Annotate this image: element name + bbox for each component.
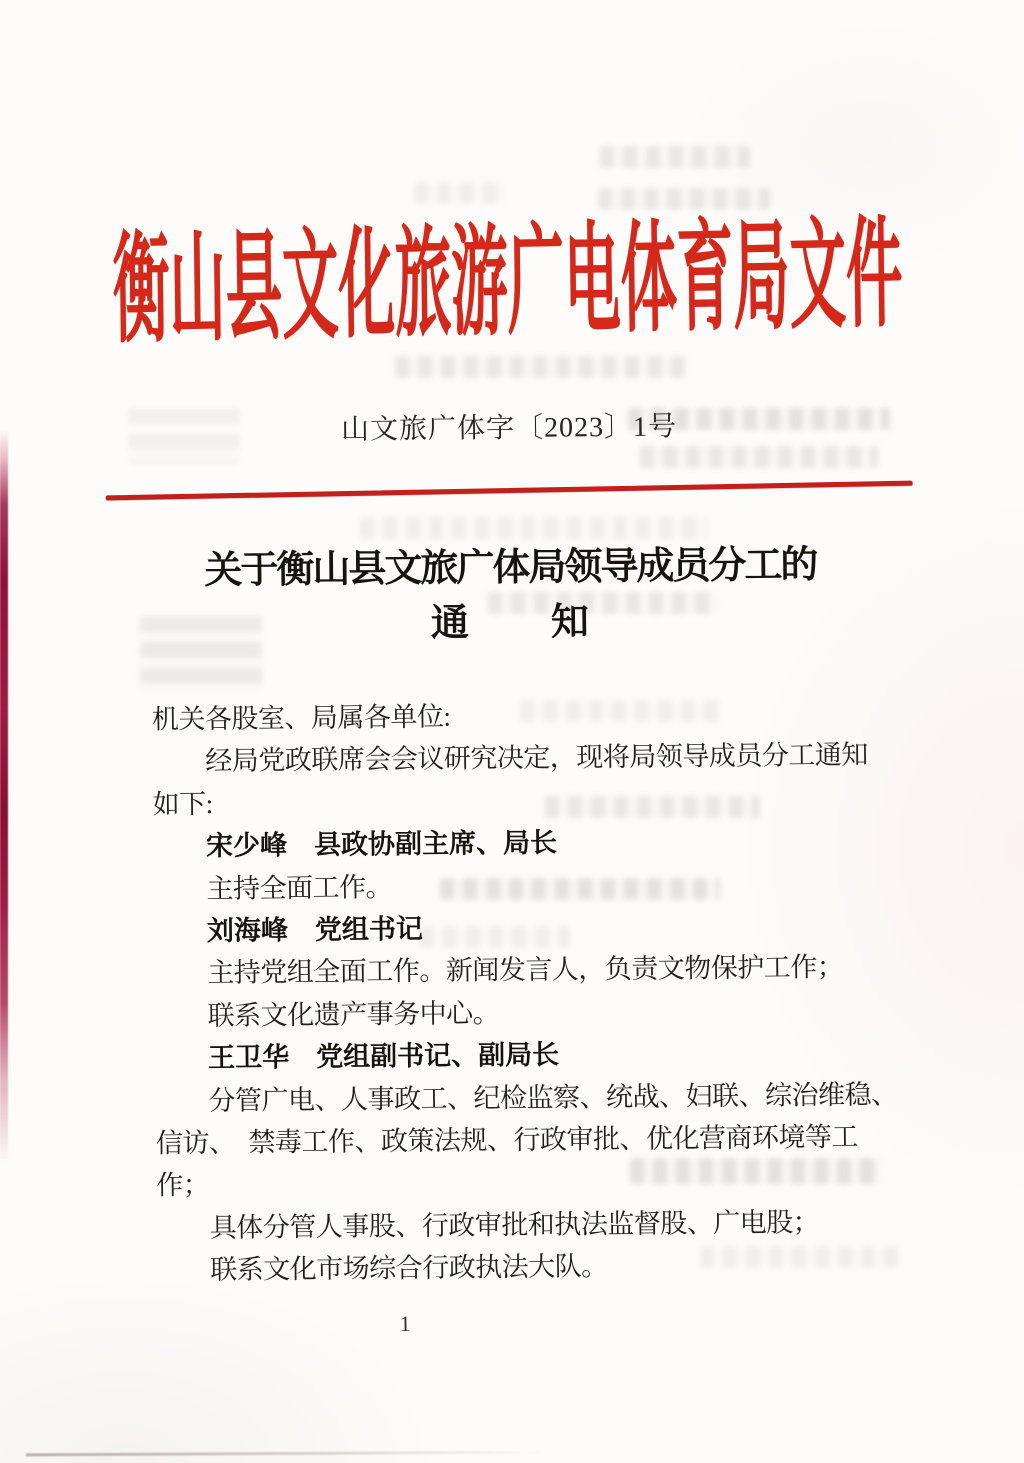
body-line-leader-wang-weihua: 王卫华 党组副书记、副局长 <box>155 1031 895 1081</box>
scan-edge-strip <box>0 430 8 1165</box>
body-line: 联系文化市场综合行政执法大队。 <box>157 1243 897 1293</box>
red-header-banner: 衡山县文化旅游广电体育局文件 <box>0 213 1020 353</box>
body-line-salutation: 机关各股室、局属各单位: <box>152 691 892 741</box>
body-line: 分管广电、人事政工、纪检监察、统战、妇联、综治维稳、 <box>155 1073 895 1123</box>
body-line: 作； <box>156 1158 896 1208</box>
body-line: 具体分管人事股、行政审批和执法监督股、广电股； <box>157 1200 897 1250</box>
body-line-leader-liu-haifeng: 刘海峰 党组书记 <box>154 903 894 953</box>
body-line: 经局党政联席会会议研究决定，现将局领导成员分工通知 <box>152 734 892 784</box>
body-line: 主持全面工作。 <box>153 861 893 911</box>
red-separator-rule <box>106 481 913 500</box>
scanned-document-page: 衡山县文化旅游广电体育局文件 山文旅广体字〔2023〕1号 关于衡山县文旅广体局… <box>0 0 1024 1463</box>
document-title: 关于衡山县文旅广体局领导成员分工的 通 知 <box>0 541 1023 650</box>
document-title-line1: 关于衡山县文旅广体局领导成员分工的 <box>0 541 1023 595</box>
body-line: 如下: <box>152 776 892 826</box>
document-body: 机关各股室、局属各单位: 经局党政联席会会议研究决定，现将局领导成员分工通知 如… <box>152 691 898 1292</box>
document-title-line2: 通 知 <box>0 596 1023 650</box>
issuing-agency-title: 衡山县文化旅游广电体育局文件 <box>112 215 903 351</box>
document-reference-number: 山文旅广体字〔2023〕1号 <box>0 401 1021 451</box>
body-line: 信访、 禁毒工作、政策法规、行政审批、优化营商环境等工 <box>156 1115 896 1165</box>
body-line: 联系文化遗产事务中心。 <box>155 988 895 1038</box>
document-content: 衡山县文化旅游广电体育局文件 山文旅广体字〔2023〕1号 关于衡山县文旅广体局… <box>0 0 1024 1463</box>
page-number: 1 <box>400 1311 411 1337</box>
body-line-leader-song-shaofeng: 宋少峰 县政协副主席、局长 <box>153 819 893 869</box>
body-line: 主持党组全面工作。新闻发言人，负责文物保护工作； <box>154 946 894 996</box>
